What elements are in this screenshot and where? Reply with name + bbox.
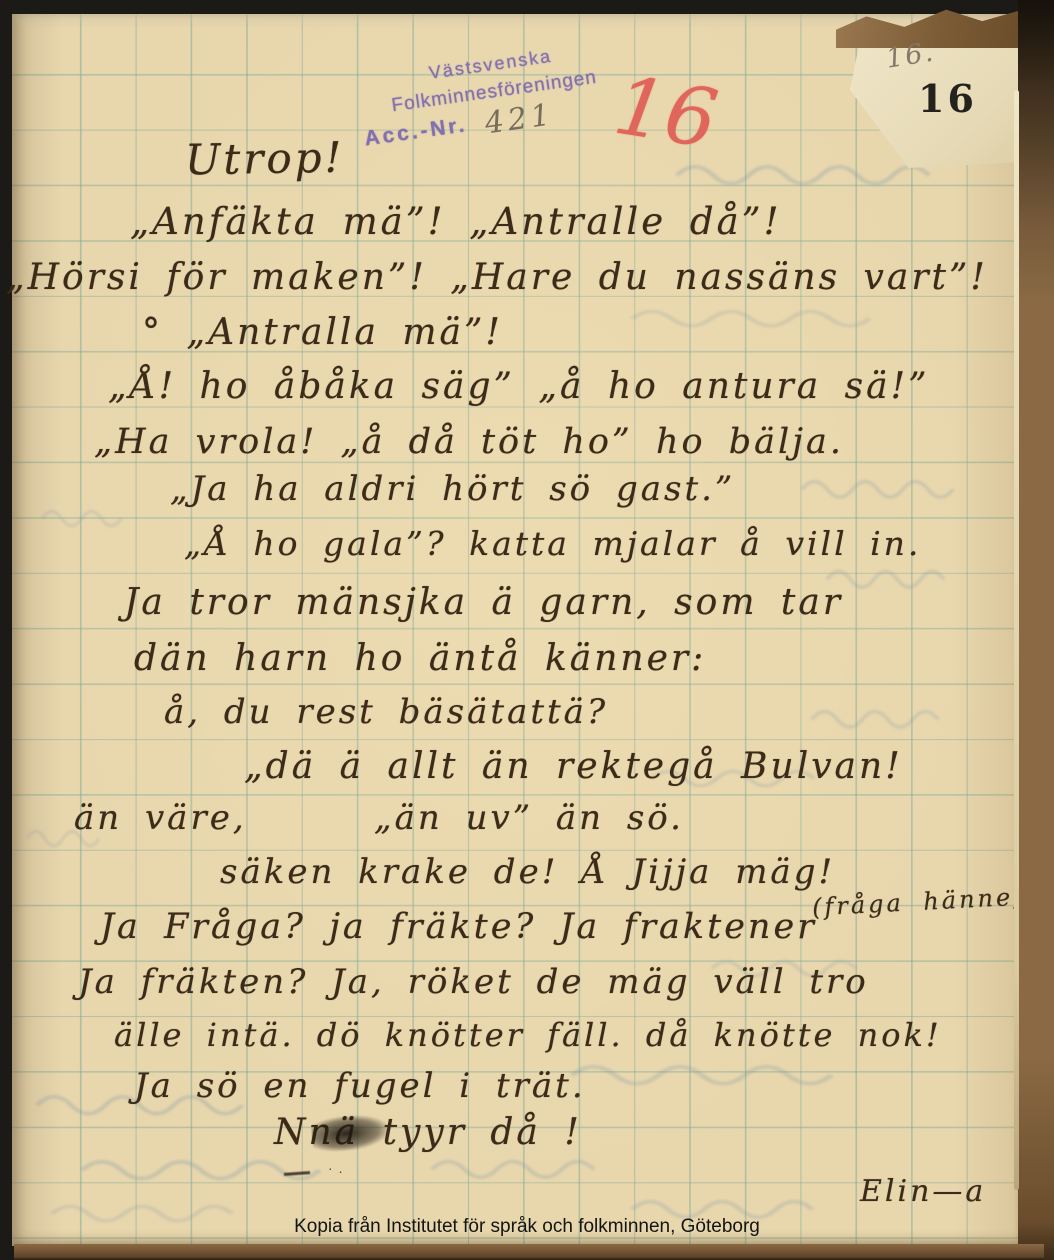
manuscript-page: Västsvenska Folkminnesföreningen Acc.-Nr…: [12, 14, 1024, 1246]
manuscript-line: ° „Antralla mä”!: [142, 312, 503, 353]
page-number-red-crayon: 16: [608, 59, 723, 167]
manuscript-line: älle intä. dö knötter fäll. då knötte no…: [114, 1016, 942, 1054]
ink-blot-dots: ·.: [328, 1160, 349, 1176]
manuscript-line: „Hörsi för maken”! „Hare du nassäns vart…: [6, 257, 988, 298]
signature: Elin—a: [860, 1174, 986, 1209]
margin-annotation: (fråga hänne): [811, 882, 1026, 921]
manuscript-line: Ja fräkten? Ja, röket de mäg väll tro: [78, 962, 869, 1002]
manuscript-line: å, du rest bäsätattä?: [164, 692, 608, 732]
manuscript-title: Utrop!: [185, 133, 345, 185]
manuscript-line: Ja tror mänsjka ä garn, som tar: [124, 582, 843, 623]
manuscript-line: „Å ho gala”? katta mjalar å vill in.: [184, 524, 921, 563]
manuscript-line: „än uv” än sö.: [374, 798, 684, 838]
manuscript-line: dän harn ho äntå känner:: [134, 638, 706, 679]
manuscript-line: „Ha vrola! „å då töt ho” ho bälja.: [94, 422, 844, 462]
manuscript-line: „Anfäkta mä”! „Antralle då”!: [130, 200, 781, 243]
scan-caption: Kopia från Institutet för språk och folk…: [0, 1216, 1054, 1238]
manuscript-line: Ja sö en fugel i trät.: [134, 1066, 586, 1106]
notebook-cover-bottom-edge: [14, 1244, 1044, 1260]
manuscript-line: säken krake de! Å Jijja mäg!: [220, 852, 835, 892]
manuscript-line: „Å! ho åbåka säg” „å ho antura sä!”: [108, 366, 929, 407]
manuscript-line: än väre,: [74, 798, 247, 838]
page-number-printed: 16: [918, 76, 977, 121]
manuscript-line: „Ja ha aldri hört sö gast.”: [170, 469, 735, 509]
bleed-through-decoration: [12, 14, 1024, 1246]
ink-blot-dash: [284, 1171, 310, 1176]
notebook-cover-right-edge: [1018, 0, 1054, 1260]
manuscript-line: „dä ä allt än rektegå Bulvan!: [244, 746, 903, 787]
accession-number-handwritten: 421: [483, 97, 556, 141]
manuscript-line: Ja Fråga? ja fräkte? Ja fraktener: [100, 907, 817, 947]
archive-stamp: Västsvenska Folkminnesföreningen Acc.-Nr…: [345, 34, 644, 160]
